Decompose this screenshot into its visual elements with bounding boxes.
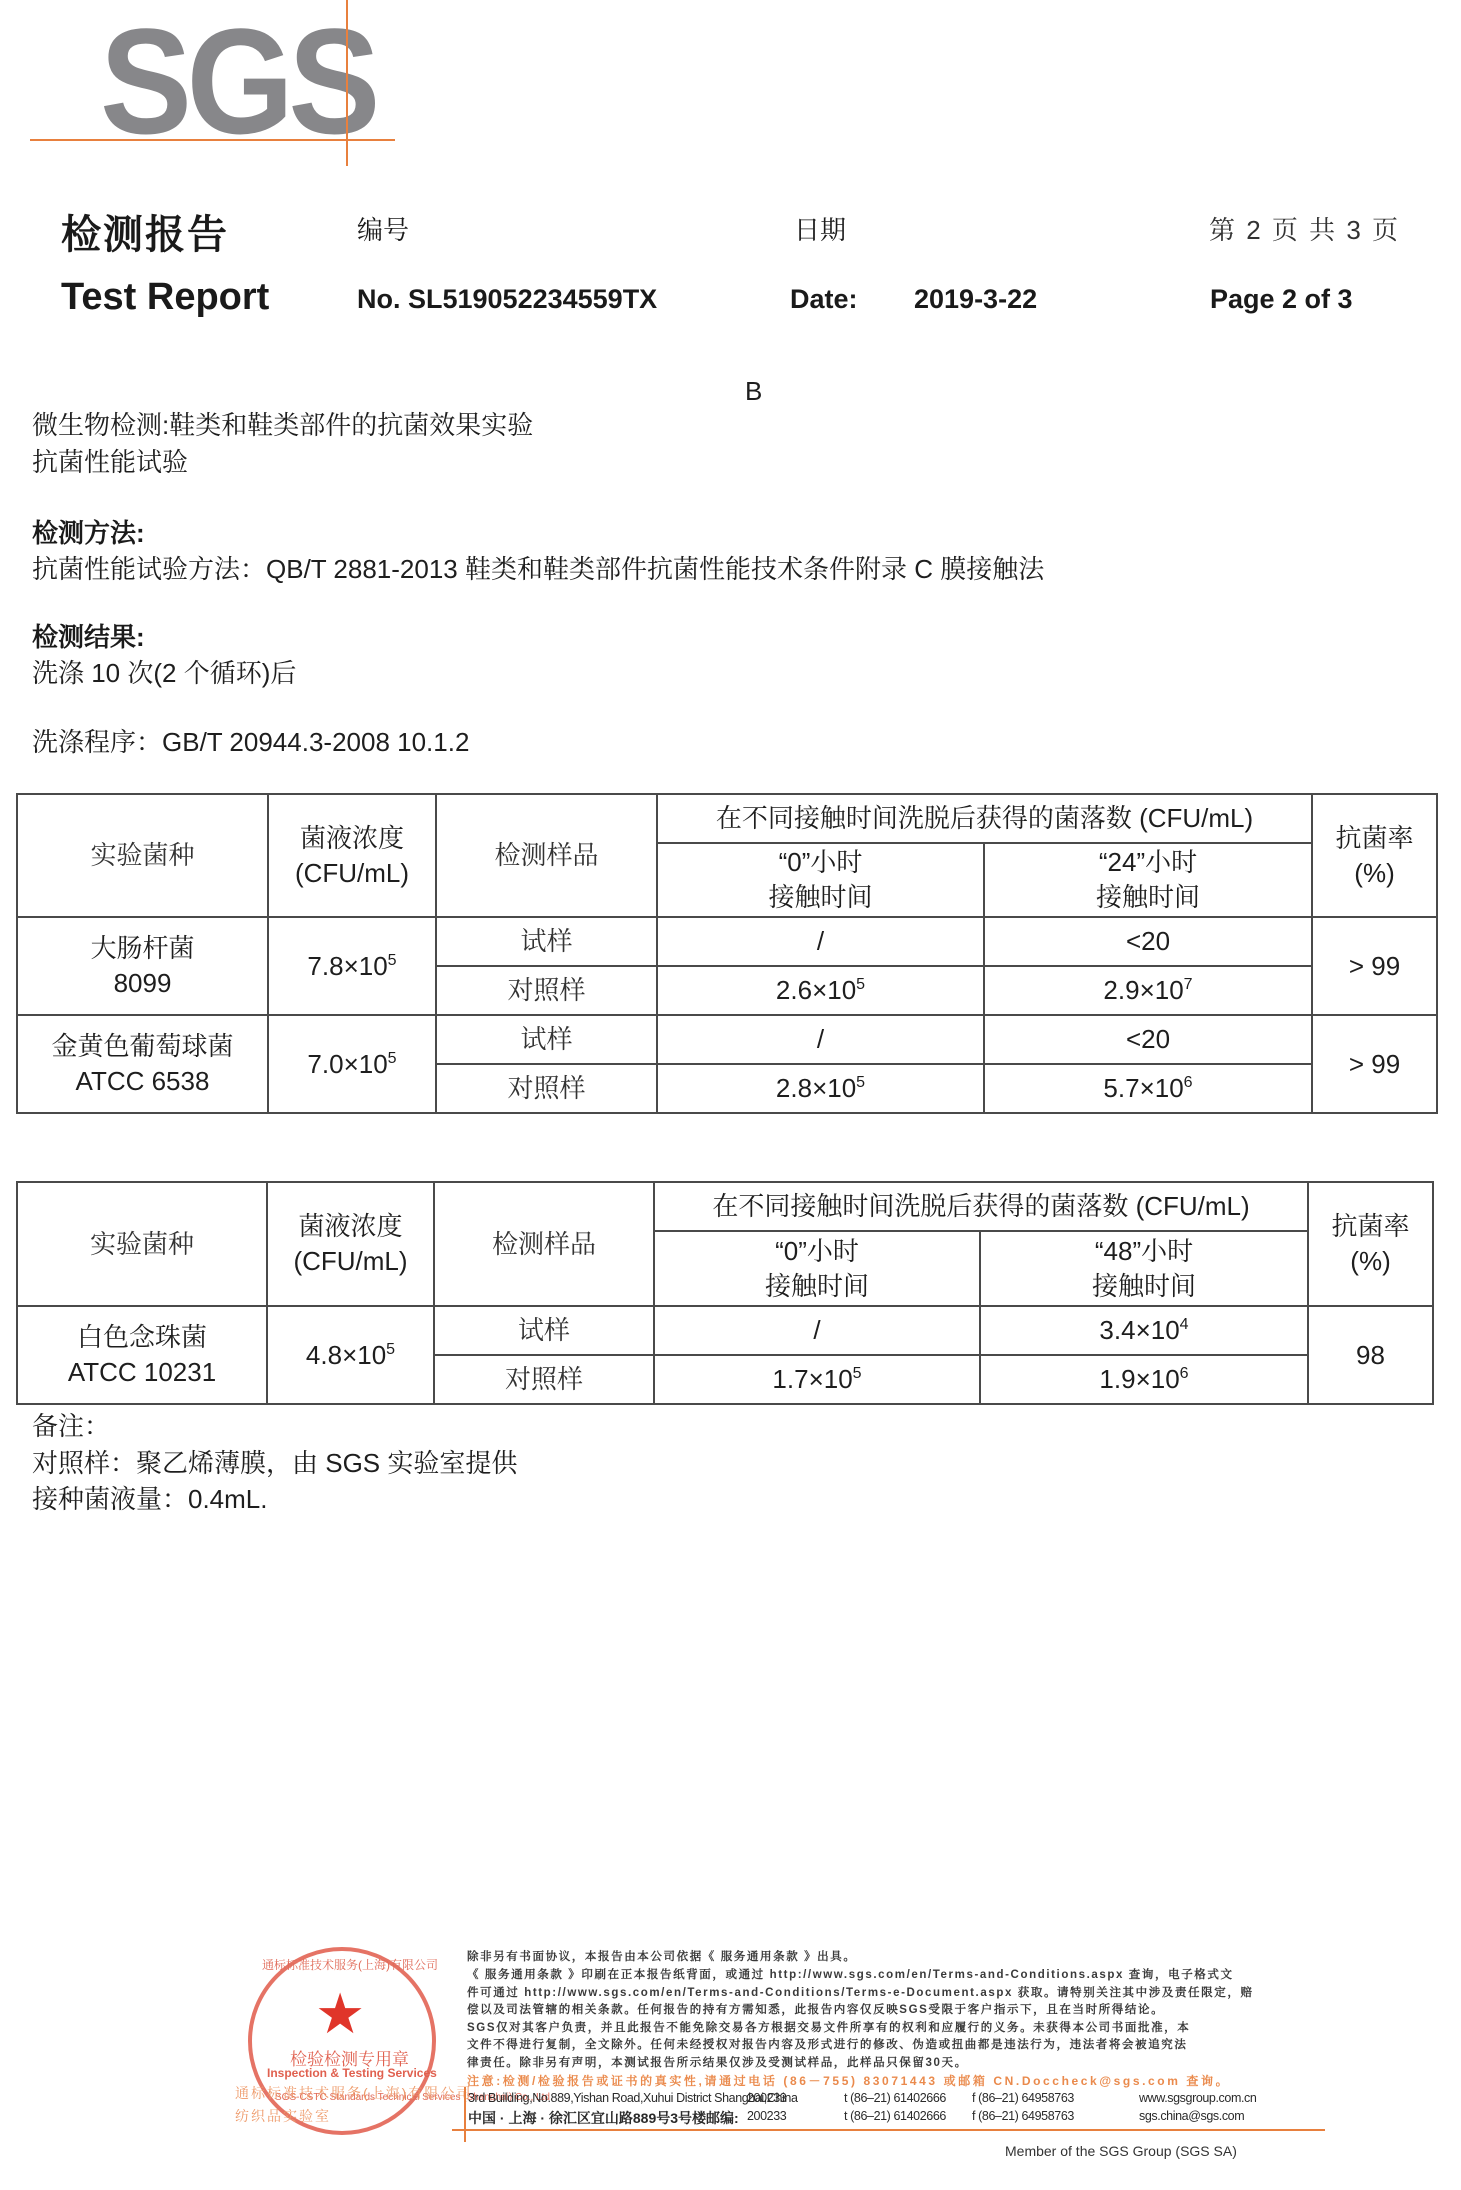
method-text: 抗菌性能试验方法：QB/T 2881-2013 鞋类和鞋类部件抗菌性能技术条件附… bbox=[32, 556, 1044, 582]
report-title-en: Test Report bbox=[61, 276, 269, 319]
number-label-cn: 编号 bbox=[357, 210, 409, 247]
rate-cell: > 99 bbox=[1312, 1015, 1437, 1113]
header-0h: “0”小时接触时间 bbox=[657, 843, 984, 917]
telephone: t (86–21) 61402666 bbox=[844, 2109, 946, 2123]
remarks-heading: 备注： bbox=[32, 1413, 110, 1439]
terms-line: 《 服务通用条款 》印刷在正本报告纸背面，或通过 http://www.sgs.… bbox=[467, 1966, 1234, 1982]
terms-line: 律责任。除非另有声明，本测试报告所示结果仅涉及受测试样品，此样品只保留30天。 bbox=[467, 2054, 968, 2070]
strain-cell: 大肠杆菌8099 bbox=[17, 917, 268, 1015]
star-icon: ★ bbox=[315, 1986, 365, 2042]
email-link[interactable]: sgs.china@sgs.com bbox=[1139, 2109, 1244, 2123]
section-marker: B bbox=[745, 378, 762, 404]
footer-orange-horizontal-line bbox=[452, 2129, 1325, 2131]
report-date: 2019-3-22 bbox=[914, 284, 1037, 315]
value-0h: / bbox=[657, 1015, 984, 1064]
value-0h: / bbox=[654, 1306, 980, 1355]
remark-inoculum-volume: 接种菌液量：0.4mL. bbox=[32, 1486, 268, 1512]
header-sample: 检测样品 bbox=[434, 1182, 654, 1306]
terms-line: 偿以及司法管辖的相关条款。任何报告的持有方需知悉，此报告内容仅反映SGS受限于客… bbox=[467, 2001, 1164, 2017]
postcode-en: 200233 bbox=[747, 2091, 786, 2105]
wash-condition: 洗涤 10 次(2 个循环)后 bbox=[32, 660, 296, 686]
header-concentration: 菌液浓度(CFU/mL) bbox=[267, 1182, 434, 1306]
header-concentration: 菌液浓度(CFU/mL) bbox=[268, 794, 436, 917]
postcode-cn: 200233 bbox=[747, 2109, 786, 2123]
seal-ring-text-top: 通标标准技术服务(上海)有限公司 bbox=[262, 1956, 438, 1973]
telephone: t (86–21) 61402666 bbox=[844, 2091, 946, 2105]
test-name: 抗菌性能试验 bbox=[32, 449, 188, 475]
concentration-cell: 4.8×105 bbox=[267, 1306, 434, 1404]
lab-name: 通标标准技术服务(上海)有限公司 bbox=[235, 2083, 472, 2103]
terms-line: SGS仅对其客户负责，并且此报告不能免除交易各方根据交易文件所享有的权利和应履行… bbox=[467, 2019, 1190, 2035]
seal-center-en: Inspection & Testing Services bbox=[267, 2066, 437, 2080]
method-heading: 检测方法: bbox=[32, 520, 145, 546]
page-indicator-cn: 第 2 页 共 3 页 bbox=[1209, 210, 1400, 247]
website-link[interactable]: www.sgsgroup.com.cn bbox=[1139, 2091, 1256, 2105]
postcode-label-cn: 邮编: bbox=[706, 2108, 739, 2128]
sample-label: 试样 bbox=[434, 1306, 654, 1355]
table-row: 白色念珠菌ATCC 10231 4.8×105 试样 / 3.4×104 98 bbox=[17, 1306, 1433, 1355]
header-strain: 实验菌种 bbox=[17, 1182, 267, 1306]
value-24h: <20 bbox=[984, 917, 1312, 966]
wash-procedure: 洗涤程序：GB/T 20944.3-2008 10.1.2 bbox=[32, 729, 469, 755]
remark-control-sample: 对照样：聚乙烯薄膜，由 SGS 实验室提供 bbox=[32, 1450, 517, 1476]
strain-cell: 白色念珠菌ATCC 10231 bbox=[17, 1306, 267, 1404]
sample-label: 试样 bbox=[436, 1015, 657, 1064]
sample-label: 对照样 bbox=[436, 966, 657, 1015]
header-rate: 抗菌率(%) bbox=[1312, 794, 1437, 917]
sample-label: 试样 bbox=[436, 917, 657, 966]
value-0h: 2.8×105 bbox=[657, 1064, 984, 1113]
date-label-cn: 日期 bbox=[794, 210, 846, 247]
report-number: No. SL519052234559TX bbox=[357, 284, 657, 315]
header-rate: 抗菌率(%) bbox=[1308, 1182, 1433, 1306]
logo-orange-vertical-line bbox=[346, 0, 348, 166]
terms-line: 文件不得进行复制，全文除外。任何未经授权对报告内容及形式进行的修改、伪造或扭曲都… bbox=[467, 2036, 1188, 2052]
fax: f (86–21) 64958763 bbox=[972, 2109, 1074, 2123]
page-indicator-en: Page 2 of 3 bbox=[1210, 284, 1353, 315]
table-row: 金黄色葡萄球菌ATCC 6538 7.0×105 试样 / <20 > 99 bbox=[17, 1015, 1437, 1064]
header-colonies: 在不同接触时间洗脱后获得的菌落数 (CFU/mL) bbox=[657, 794, 1312, 843]
rate-cell: 98 bbox=[1308, 1306, 1433, 1404]
logo-orange-horizontal-line bbox=[30, 139, 395, 141]
terms-line: 除非另有书面协议，本报告由本公司依据《 服务通用条款 》出具。 bbox=[467, 1948, 857, 1964]
value-0h: 1.7×105 bbox=[654, 1355, 980, 1404]
value-0h: 2.6×105 bbox=[657, 966, 984, 1015]
header-48h: “48”小时接触时间 bbox=[980, 1231, 1308, 1306]
concentration-cell: 7.8×105 bbox=[268, 917, 436, 1015]
date-label-en: Date: bbox=[790, 284, 858, 315]
member-statement: Member of the SGS Group (SGS SA) bbox=[1005, 2143, 1237, 2159]
sample-label: 对照样 bbox=[436, 1064, 657, 1113]
report-title-cn: 检测报告 bbox=[61, 203, 229, 260]
test-category: 微生物检测:鞋类和鞋类部件的抗菌效果实验 bbox=[32, 412, 533, 438]
concentration-cell: 7.0×105 bbox=[268, 1015, 436, 1113]
results-heading: 检测结果: bbox=[32, 624, 145, 650]
value-24h: 2.9×107 bbox=[984, 966, 1312, 1015]
rate-cell: > 99 bbox=[1312, 917, 1437, 1015]
sgs-logo: SGS bbox=[100, 6, 375, 156]
terms-line: 件可通过 http://www.sgs.com/en/Terms-and-Con… bbox=[467, 1984, 1254, 2000]
footer-orange-vertical-line bbox=[464, 2087, 466, 2142]
sample-label: 对照样 bbox=[434, 1355, 654, 1404]
strain-cell: 金黄色葡萄球菌ATCC 6538 bbox=[17, 1015, 268, 1113]
header-strain: 实验菌种 bbox=[17, 794, 268, 917]
header-0h: “0”小时接触时间 bbox=[654, 1231, 980, 1306]
header-colonies: 在不同接触时间洗脱后获得的菌落数 (CFU/mL) bbox=[654, 1182, 1308, 1231]
address-cn: 中国 · 上海 · 徐汇区宜山路889号3号楼 bbox=[468, 2108, 706, 2128]
header-sample: 检测样品 bbox=[436, 794, 657, 917]
lab-department: 纺织品实验室 bbox=[235, 2106, 331, 2126]
results-table-48h: 实验菌种 菌液浓度(CFU/mL) 检测样品 在不同接触时间洗脱后获得的菌落数 … bbox=[16, 1181, 1434, 1405]
value-0h: / bbox=[657, 917, 984, 966]
value-24h: 5.7×106 bbox=[984, 1064, 1312, 1113]
value-24h: <20 bbox=[984, 1015, 1312, 1064]
value-48h: 1.9×106 bbox=[980, 1355, 1308, 1404]
header-24h: “24”小时接触时间 bbox=[984, 843, 1312, 917]
results-table-24h: 实验菌种 菌液浓度(CFU/mL) 检测样品 在不同接触时间洗脱后获得的菌落数 … bbox=[16, 793, 1438, 1114]
fax: f (86–21) 64958763 bbox=[972, 2091, 1074, 2105]
table-row: 大肠杆菌8099 7.8×105 试样 / <20 > 99 bbox=[17, 917, 1437, 966]
value-48h: 3.4×104 bbox=[980, 1306, 1308, 1355]
authenticity-notice: 注意:检测/检验报告或证书的真实性,请通过电话 (86－755) 8307144… bbox=[467, 2072, 1230, 2089]
